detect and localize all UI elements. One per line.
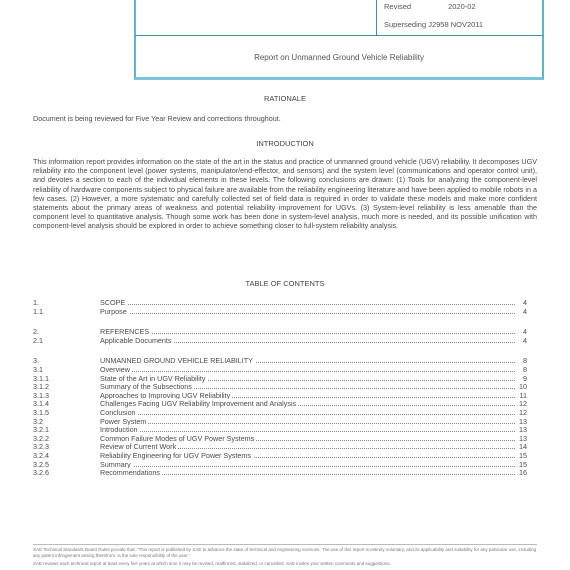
footer-note-1: SAE Technical Standards Board Rules prov… (33, 547, 537, 559)
toc-entry-title: Applicable Documents (100, 336, 174, 345)
toc-entry[interactable]: 3.2.6Recommendations16 (33, 468, 527, 477)
toc-leader-dots (100, 371, 515, 372)
toc-entry-page: 4 (523, 336, 527, 345)
toc-entry[interactable]: 2.1Applicable Documents4 (33, 336, 527, 345)
toc-leader-dots (100, 304, 515, 305)
toc-entry-number: 2.1 (33, 336, 43, 345)
revised-label: Revised (384, 2, 446, 11)
document-header-box: Revised 2020-02 Superseding J2958 NOV201… (134, 0, 544, 36)
footer-notes: SAE Technical Standards Board Rules prov… (33, 547, 537, 569)
header-divider (376, 0, 377, 35)
revised-row: Revised 2020-02 (384, 2, 476, 11)
toc-entry-page: 16 (519, 468, 527, 477)
toc-leader-dots (100, 466, 515, 467)
footer-divider (33, 544, 537, 545)
toc-leader-dots (100, 313, 515, 314)
toc-leader-dots (100, 474, 515, 475)
toc-entry[interactable]: 1.1Purpose4 (33, 307, 527, 316)
revised-value: 2020-02 (448, 2, 476, 11)
superseding-row: Superseding J2958 NOV2011 (384, 20, 483, 29)
rationale-text: Document is being reviewed for Five Year… (33, 114, 537, 123)
toc-entry-page: 4 (523, 307, 527, 316)
toc-leader-dots (100, 423, 515, 424)
toc-entry-title: Purpose (100, 307, 129, 316)
toc-heading: TABLE OF CONTENTS (0, 279, 570, 288)
toc-entry-number: 1.1 (33, 307, 43, 316)
introduction-heading: INTRODUCTION (0, 139, 570, 148)
toc-leader-dots (100, 414, 515, 415)
toc-leader-dots (100, 431, 515, 432)
toc-entry-title: Recommendations (100, 468, 162, 477)
toc-leader-dots (100, 333, 515, 334)
footer-note-2: SAE reviews each technical report at lea… (33, 561, 537, 567)
introduction-text: This information report provides informa… (33, 157, 537, 231)
rationale-heading: RATIONALE (0, 94, 570, 103)
document-title: Report on Unmanned Ground Vehicle Reliab… (134, 36, 544, 80)
toc-entry-number: 3.2.6 (33, 468, 49, 477)
